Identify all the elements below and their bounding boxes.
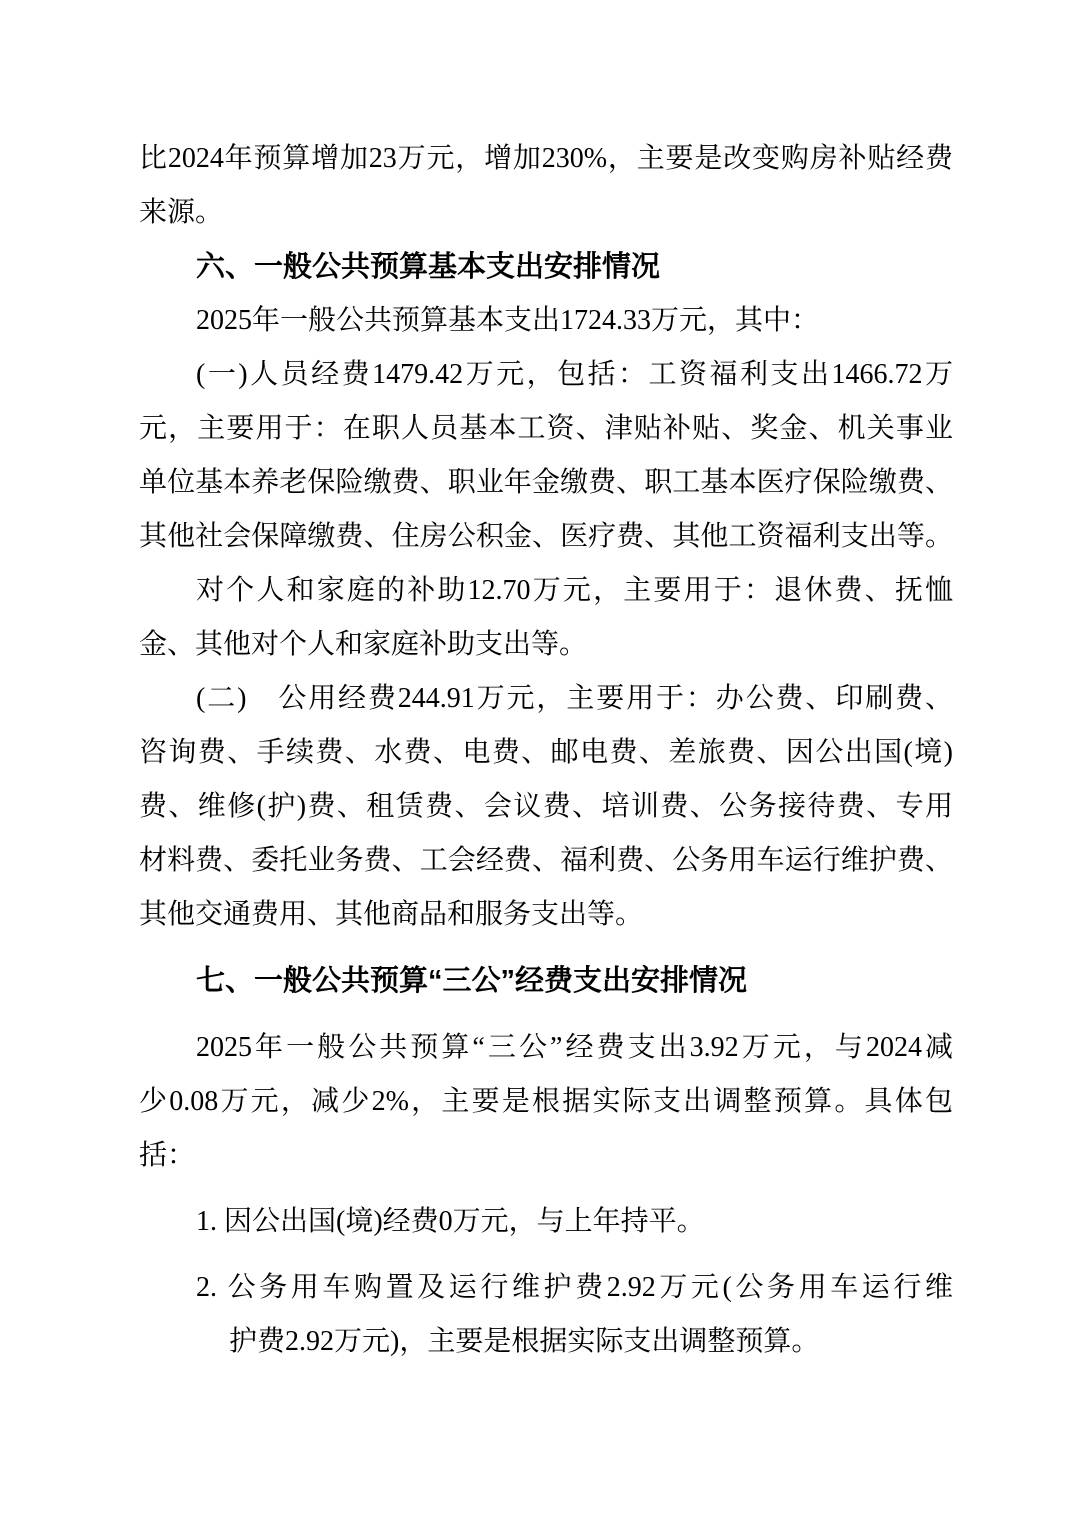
list-item-2-line-2: 护费2.92万元)，主要是根据实际支出调整预算。 [139, 1315, 953, 1369]
para-line: 少0.08万元，减少2%，主要是根据实际支出调整预算。具体包 [139, 1075, 953, 1129]
para-line: 元，主要用于：在职人员基本工资、津贴补贴、奖金、机关事业 [139, 402, 953, 456]
para-line: 材料费、委托业务费、工会经费、福利费、公务用车运行维护费、 [139, 834, 953, 888]
para-line: 咨询费、手续费、水费、电费、邮电费、差旅费、因公出国(境) [139, 726, 953, 780]
para-line: (一)人员经费1479.42万元，包括：工资福利支出1466.72万 [139, 348, 953, 402]
section-six-heading: 六、一般公共预算基本支出安排情况 [139, 240, 953, 294]
section-seven-heading: 七、一般公共预算“三公”经费支出安排情况 [139, 954, 953, 1008]
para-line: (二) 公用经费244.91万元，主要用于：办公费、印刷费、 [139, 672, 953, 726]
para-line: 括： [139, 1129, 953, 1183]
para-line: 来源。 [139, 186, 953, 240]
para-line: 2025年一般公共预算“三公”经费支出3.92万元，与2024减 [139, 1021, 953, 1075]
para-line: 费、维修(护)费、租赁费、会议费、培训费、公务接待费、专用 [139, 780, 953, 834]
para-line: 比2024年预算增加23万元，增加230%，主要是改变购房补贴经费 [139, 132, 953, 186]
para-line: 2025年一般公共预算基本支出1724.33万元，其中： [139, 294, 953, 348]
document-body: 比2024年预算增加23万元，增加230%，主要是改变购房补贴经费来源。六、一般… [139, 132, 953, 1369]
para-line: 金、其他对个人和家庭补助支出等。 [139, 618, 953, 672]
document-page: 比2024年预算增加23万元，增加230%，主要是改变购房补贴经费来源。六、一般… [0, 0, 1075, 1520]
para-line: 其他社会保障缴费、住房公积金、医疗费、其他工资福利支出等。 [139, 510, 953, 564]
para-line: 单位基本养老保险缴费、职业年金缴费、职工基本医疗保险缴费、 [139, 456, 953, 510]
list-item-2-line-1: 2. 公务用车购置及运行维护费2.92万元(公务用车运行维 [139, 1261, 953, 1315]
list-item-1: 1. 因公出国(境)经费0万元，与上年持平。 [139, 1195, 953, 1249]
para-line: 对个人和家庭的补助12.70万元，主要用于：退休费、抚恤 [139, 564, 953, 618]
para-line: 其他交通费用、其他商品和服务支出等。 [139, 888, 953, 942]
